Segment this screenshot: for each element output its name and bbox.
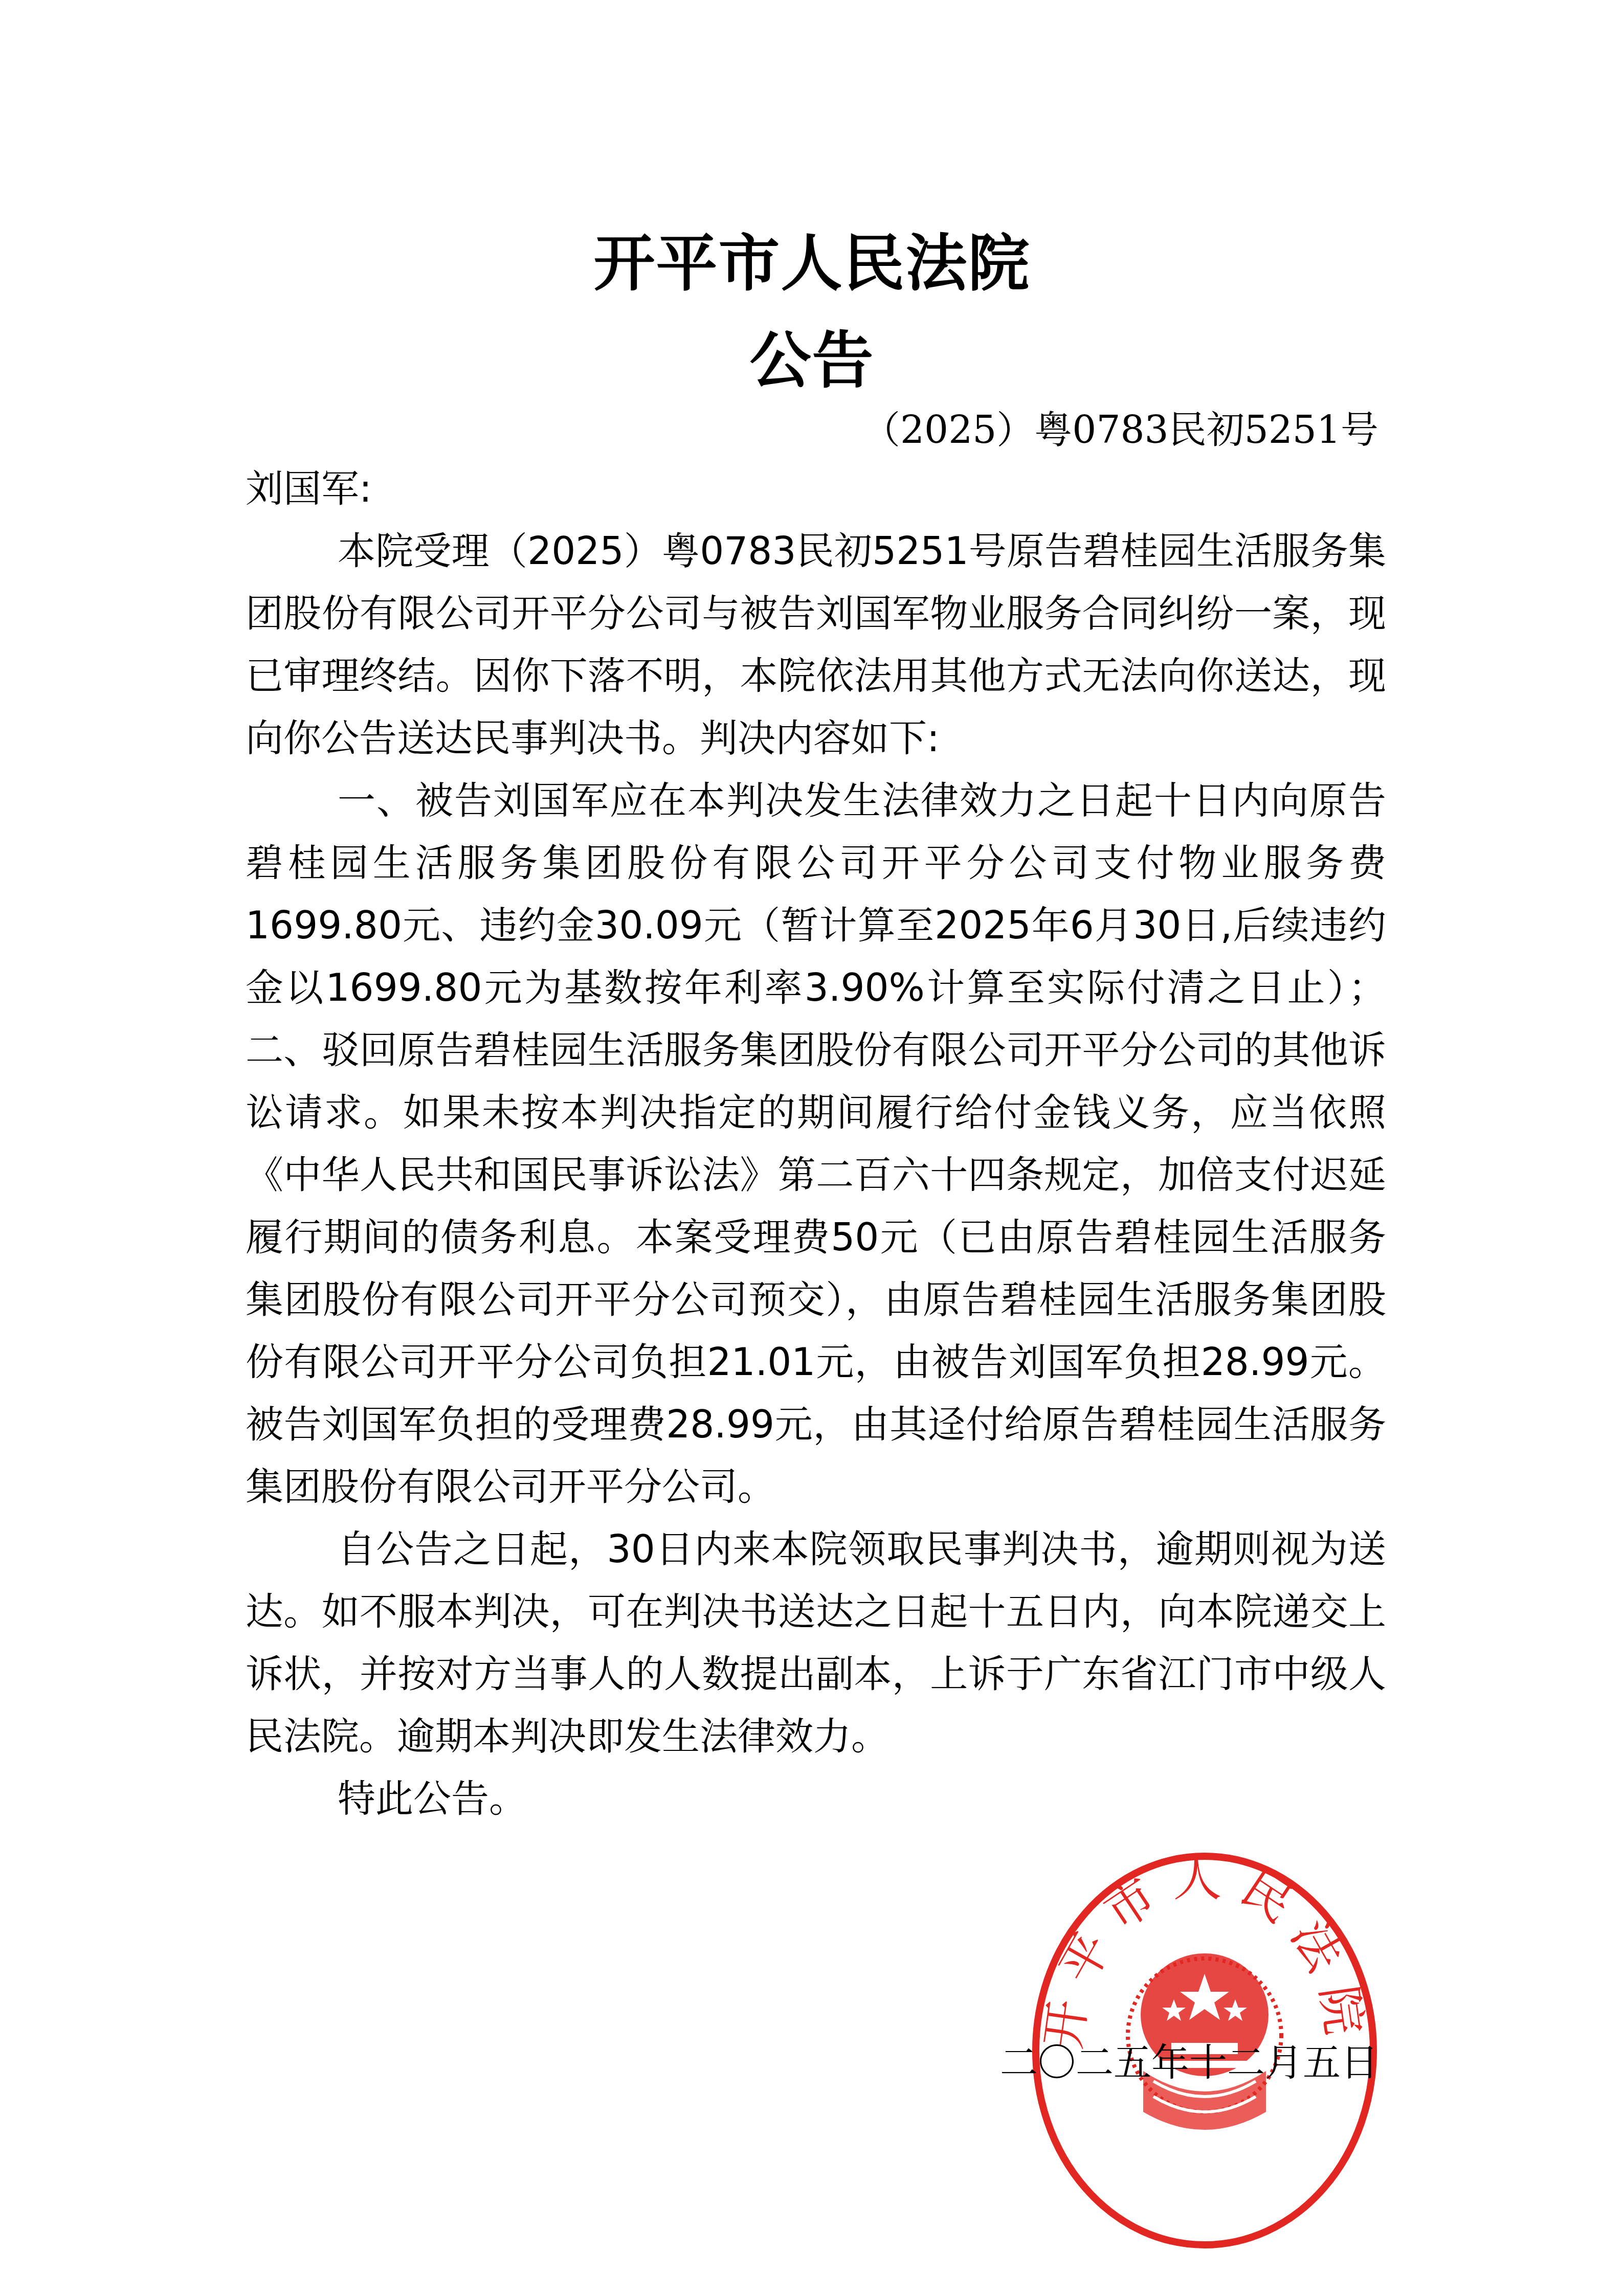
notice-type-title: 公告 [0, 312, 1624, 400]
paragraph-appeal-notice: 自公告之日起，30日内来本院领取民事判决书，逾期则视为送达。如不服本判决，可在判… [246, 1518, 1386, 1768]
notice-body: 刘国军: 本院受理（2025）粤0783民初5251号原告碧桂园生活服务集团股份… [246, 458, 1386, 1830]
paragraph-intro: 本院受理（2025）粤0783民初5251号原告碧桂园生活服务集团股份有限公司开… [246, 520, 1386, 770]
court-notice-page: 开平市人民法院 公告 （2025）粤0783民初5251号 刘国军: 本院受理（… [0, 0, 1624, 2296]
court-name-title: 开平市人民法院 [0, 215, 1624, 303]
case-number: （2025）粤0783民初5251号 [862, 400, 1378, 454]
notice-date: 二〇二五年十二月五日 [1000, 2033, 1378, 2087]
paragraph-judgment: 一、被告刘国军应在本判决发生法律效力之日起十日内向原告碧桂园生活服务集团股份有限… [246, 770, 1386, 1518]
paragraph-closing: 特此公告。 [246, 1768, 1386, 1830]
addressee: 刘国军: [246, 458, 1386, 520]
